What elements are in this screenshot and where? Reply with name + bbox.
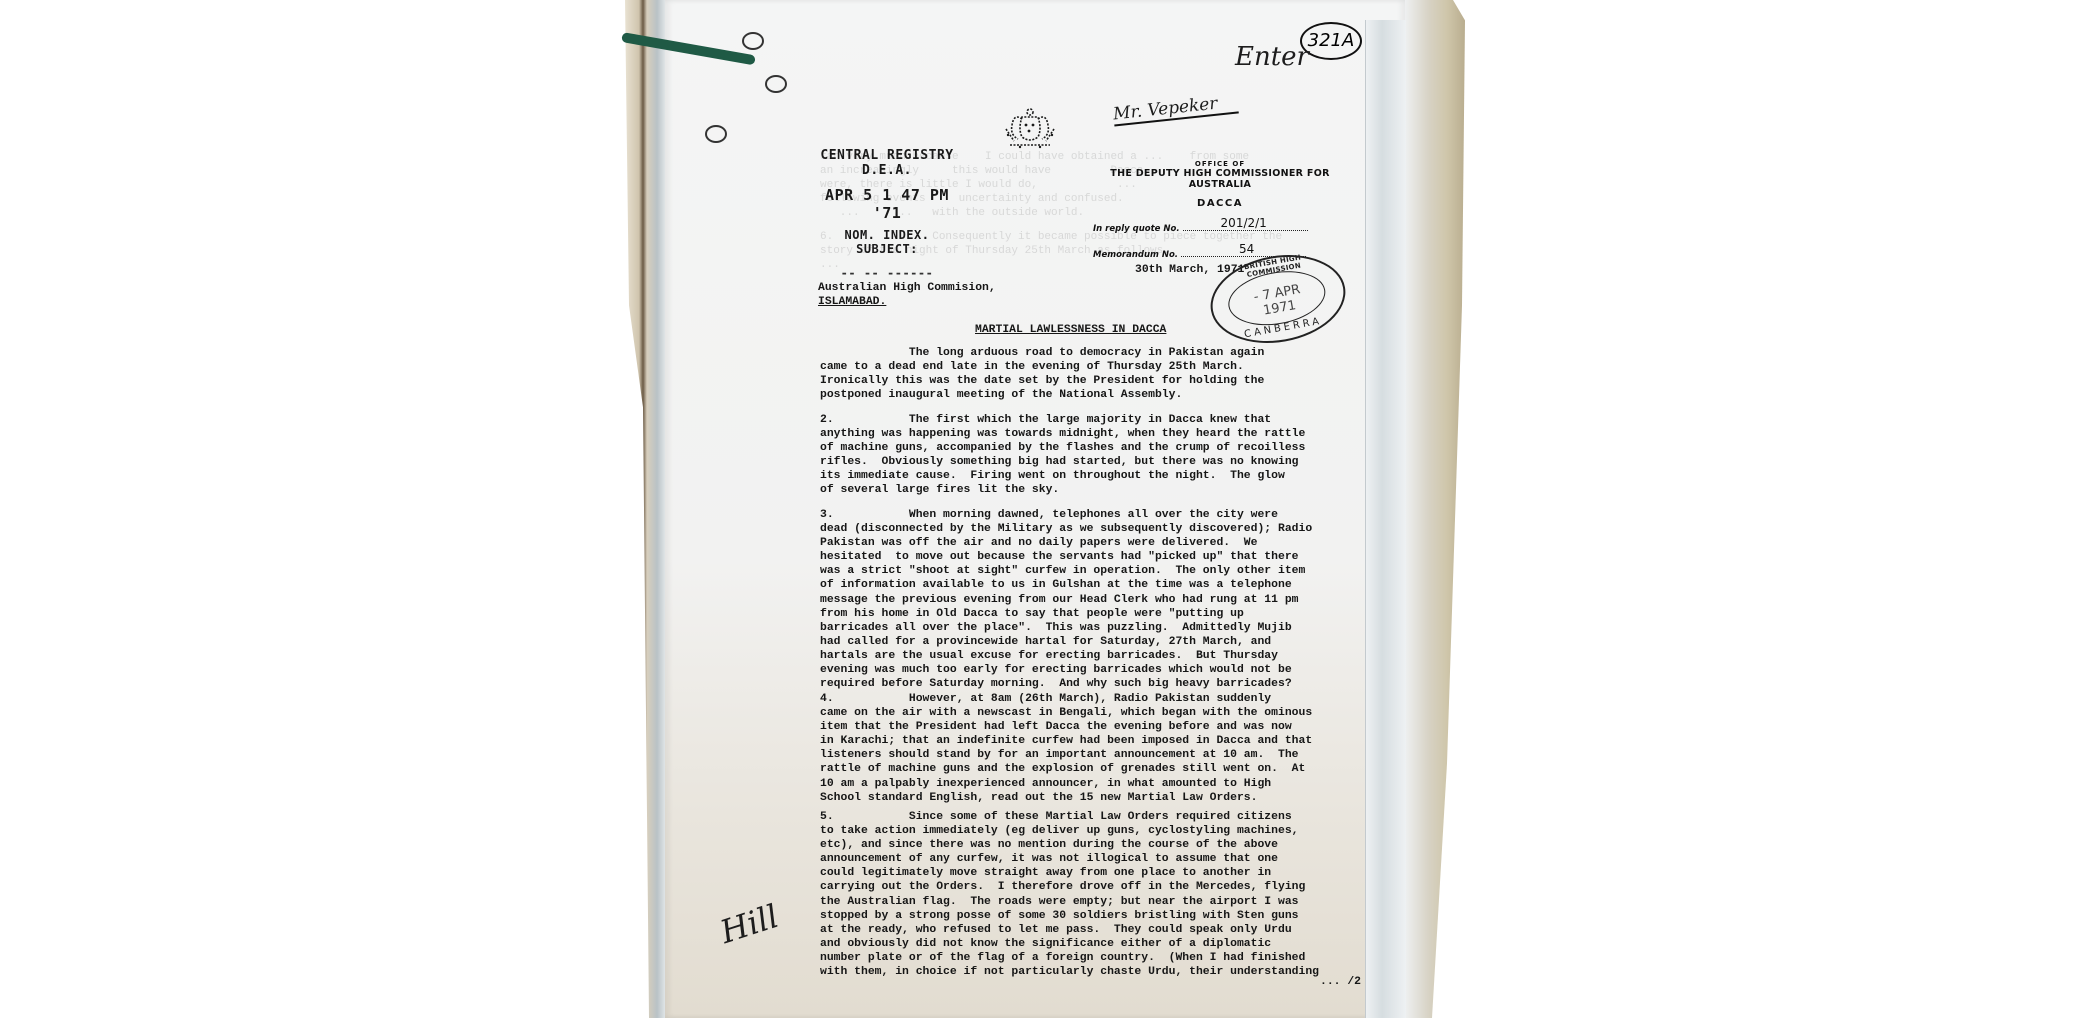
paragraph-5: 5. Since some of these Martial Law Order…: [820, 810, 1319, 979]
registry-department: D.E.A.: [812, 163, 962, 178]
paragraph-1: The long arduous road to democracy in Pa…: [820, 346, 1264, 402]
paper-right-fold: [1365, 20, 1406, 1018]
office-name: THE DEPUTY HIGH COMMISSIONER FOR AUSTRAL…: [1080, 168, 1360, 190]
registry-index-value: -- -- ------: [812, 266, 962, 280]
punch-hole: [705, 125, 727, 143]
punch-hole: [742, 32, 764, 50]
page-continuation: ... /2: [1320, 975, 1361, 989]
central-registry-stamp: CENTRAL REGISTRY D.E.A. APR 5 1 47 PM '7…: [812, 148, 962, 280]
office-city: DACCA: [1080, 198, 1360, 209]
memo-title: MARTIAL LAWLESSNESS IN DACCA: [975, 323, 1166, 337]
registry-title: CENTRAL REGISTRY: [812, 148, 962, 163]
reply-label: In reply quote No.: [1093, 224, 1180, 234]
handwritten-initials: Enter: [1235, 42, 1309, 72]
reply-number: 201/2/1: [1221, 216, 1267, 230]
australian-coat-of-arms-icon: [1000, 107, 1060, 151]
memorandum-number: 54: [1239, 242, 1254, 256]
paper-stack-left: [625, 0, 665, 1018]
memorandum-label: Memorandum No.: [1093, 250, 1178, 260]
paper-stack-right: [1405, 0, 1465, 1018]
reply-reference-row: In reply quote No. 201/2/1: [1093, 220, 1308, 234]
addressee-block: Australian High Commision,ISLAMABAD.: [818, 281, 996, 309]
addressee-line-1: Australian High Commision,: [818, 281, 996, 295]
addressee-line-2: ISLAMABAD.: [818, 295, 996, 309]
paragraph-3: 3. When morning dawned, telephones all o…: [820, 508, 1312, 691]
registry-index-label: NOM. INDEX. SUBJECT:: [812, 228, 962, 256]
paragraph-4: 4. However, at 8am (26th March), Radio P…: [820, 692, 1312, 805]
paragraph-2: 2. The first which the large majority in…: [820, 413, 1305, 498]
registry-received-date: APR 5 1 47 PM '71: [812, 186, 962, 222]
punch-hole: [765, 75, 787, 93]
office-of-label: OFFICE OF: [1080, 160, 1360, 168]
letterhead: OFFICE OF THE DEPUTY HIGH COMMISSIONER F…: [1080, 160, 1360, 209]
file-number-annotation: 321A: [1300, 22, 1362, 60]
